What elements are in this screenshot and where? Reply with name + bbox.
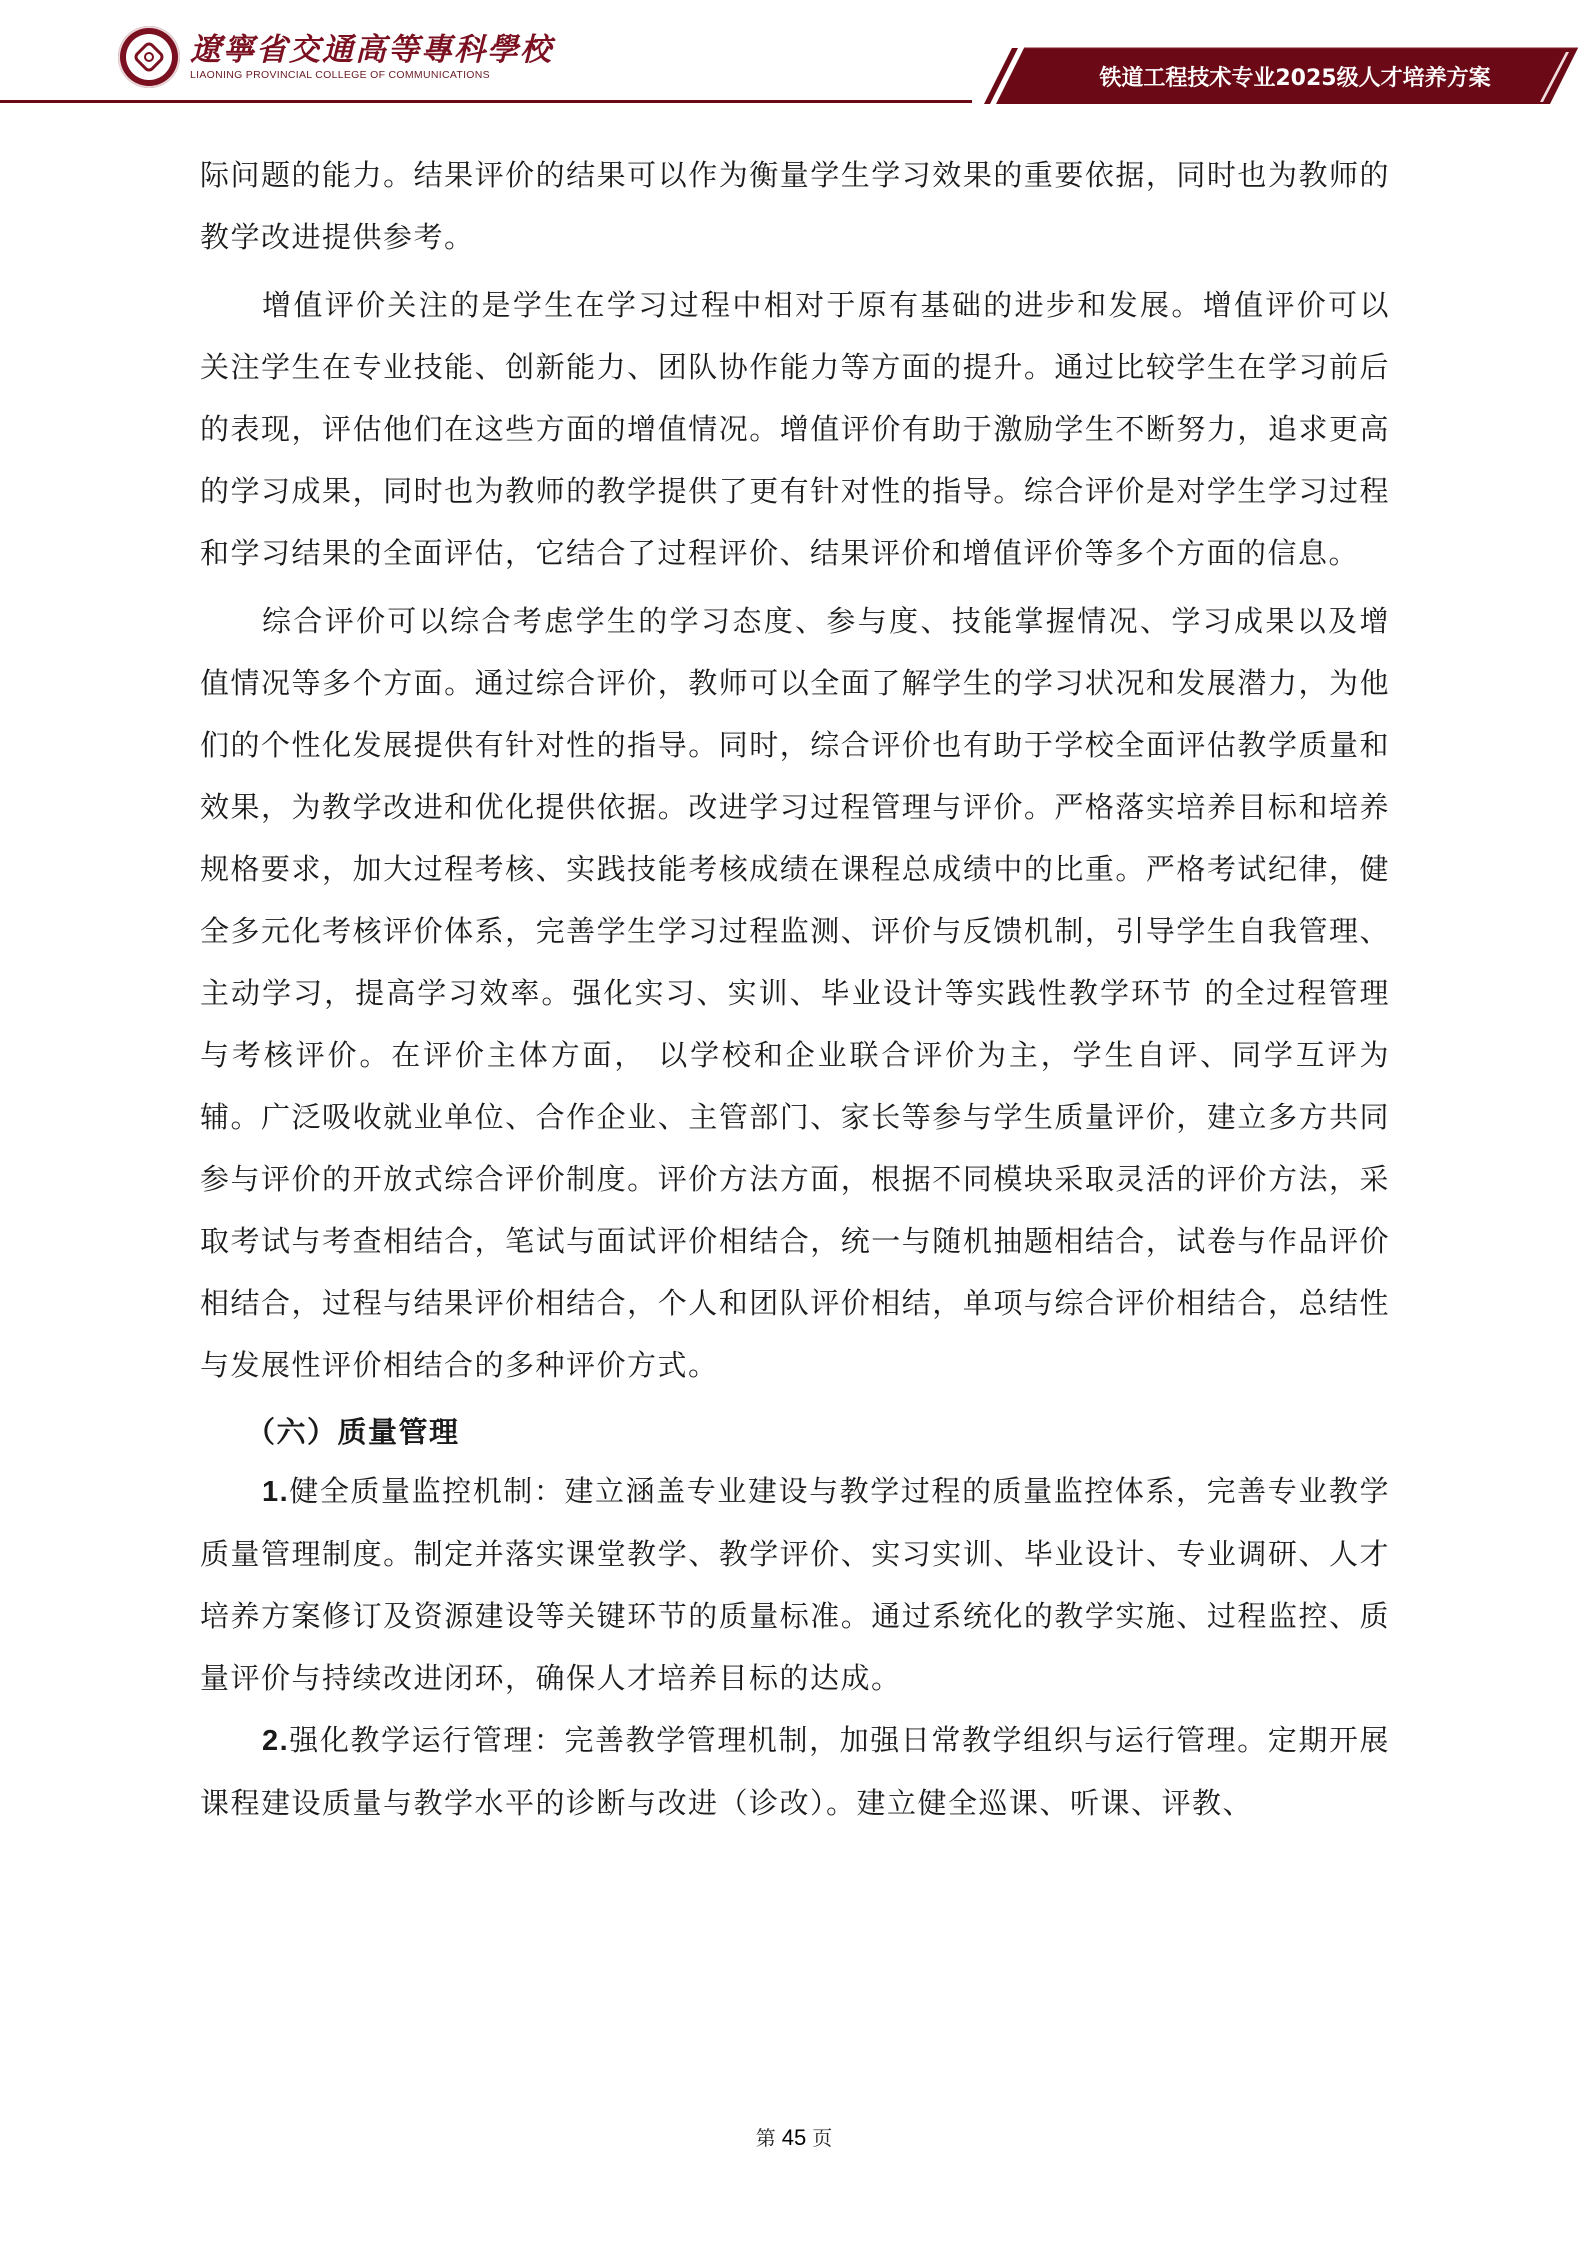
- school-name: 遼寧省交通高等專科學校 LIAONING PROVINCIAL COLLEGE …: [190, 32, 553, 82]
- paragraph-value-added-evaluation: 增值评价关注的是学生在学习过程中相对于原有基础的进步和发展。增值评价可以关注学生…: [200, 274, 1390, 584]
- item-number: 2.: [262, 1725, 289, 1757]
- paragraph-comprehensive-evaluation: 综合评价可以综合考虑学生的学习态度、参与度、技能掌握情况、学习成果以及增值情况等…: [200, 590, 1390, 1396]
- document-body: 际问题的能力。结果评价的结果可以作为衡量学生学习效果的重要依据，同时也为教师的教…: [200, 144, 1390, 1834]
- page-prefix: 第: [756, 2126, 776, 2150]
- school-name-en: LIAONING PROVINCIAL COLLEGE OF COMMUNICA…: [190, 68, 553, 82]
- list-item-quality-monitoring: 1.健全质量监控机制：建立涵盖专业建设与教学过程的质量监控体系，完善专业教学质量…: [200, 1460, 1390, 1709]
- school-logo: 遼寧省交通高等專科學校 LIAONING PROVINCIAL COLLEGE …: [118, 26, 553, 88]
- section-heading-quality-management: （六）质量管理: [200, 1404, 1390, 1460]
- document-title: 铁道工程技术专业2025级人才培养方案: [1040, 48, 1550, 104]
- page-footer: 第45页: [0, 2122, 1588, 2151]
- item-number: 1.: [262, 1476, 289, 1508]
- item-title: 健全质量监控机制：: [289, 1474, 564, 1508]
- school-name-cn: 遼寧省交通高等專科學校: [190, 32, 553, 68]
- page-header: 遼寧省交通高等專科學校 LIAONING PROVINCIAL COLLEGE …: [0, 0, 1588, 112]
- page-number: 45: [782, 2125, 806, 2150]
- paragraph-result-evaluation: 际问题的能力。结果评价的结果可以作为衡量学生学习效果的重要依据，同时也为教师的教…: [200, 144, 1390, 268]
- header-rule: [0, 100, 972, 103]
- list-item-teaching-operation: 2.强化教学运行管理：完善教学管理机制，加强日常教学组织与运行管理。定期开展课程…: [200, 1709, 1390, 1834]
- item-title: 强化教学运行管理：: [289, 1723, 564, 1757]
- page-suffix: 页: [812, 2126, 832, 2150]
- school-seal-icon: [118, 26, 180, 88]
